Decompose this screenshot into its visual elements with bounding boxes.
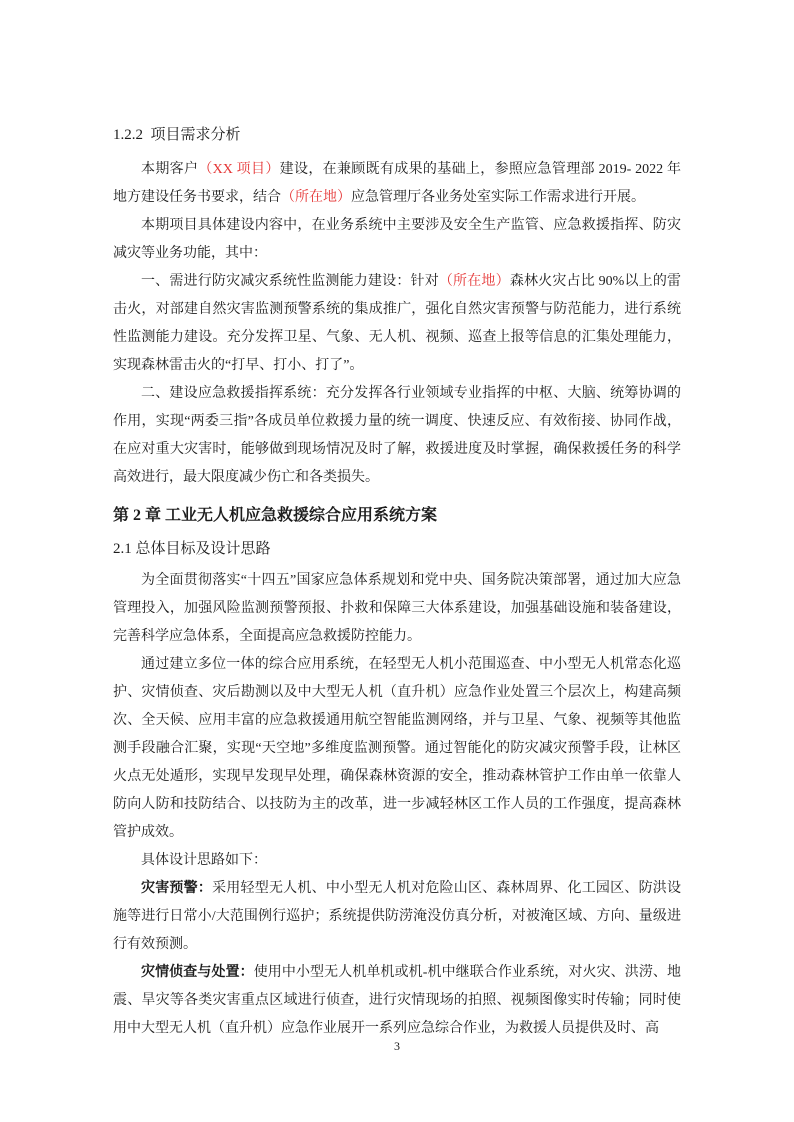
paragraph-overall-goal: 为全面贯彻落实“十四五”国家应急体系规划和党中央、国务院决策部署，通过加大应急管… — [113, 567, 681, 651]
document-page: 1.2.2 项目需求分析 本期客户（XX 项目）建设，在兼顾既有成果的基础上，参… — [0, 0, 794, 1122]
paragraph-disaster-investigation: 灾情侦查与处置：使用中小型无人机单机或机-机中继联合作业系统，对火灾、洪涝、地震… — [113, 959, 681, 1043]
placeholder-location: （所在地） — [439, 274, 510, 289]
placeholder-location: （所在地） — [281, 190, 351, 205]
bold-lead-disaster-investigation: 灾情侦查与处置： — [141, 965, 254, 980]
text-run: 一、需进行防灾减灾系统性监测能力建设：针对 — [141, 274, 439, 289]
paragraph-item-1-monitoring: 一、需进行防灾减灾系统性监测能力建设：针对（所在地）森林火灾占比 90%以上的雷… — [113, 268, 681, 380]
heading-2-1-goals-design: 2.1 总体目标及设计思路 — [113, 534, 681, 564]
paragraph-integrated-system: 通过建立多位一体的综合应用系统，在轻型无人机小范围巡查、中小型无人机常态化巡护、… — [113, 651, 681, 847]
page-number: 3 — [0, 1039, 794, 1054]
document-body: 1.2.2 项目需求分析 本期客户（XX 项目）建设，在兼顾既有成果的基础上，参… — [113, 121, 681, 1043]
paragraph-customer-project: 本期客户（XX 项目）建设，在兼顾既有成果的基础上，参照应急管理部 2019- … — [113, 156, 681, 212]
bold-lead-disaster-warning: 灾害预警： — [141, 881, 212, 896]
paragraph-design-intro: 具体设计思路如下： — [113, 847, 681, 875]
text-run: 本期客户 — [141, 162, 198, 177]
text-run: 应急管理厅各业务处室实际工作需求进行开展。 — [351, 190, 645, 205]
heading-1-2-2-project-requirements: 1.2.2 项目需求分析 — [113, 121, 681, 149]
paragraph-item-2-rescue-command: 二、建设应急救援指挥系统：充分发挥各行业领域专业指挥的中枢、大脑、统筹协调的作用… — [113, 380, 681, 492]
paragraph-disaster-warning: 灾害预警：采用轻型无人机、中小型无人机对危险山区、森林周界、化工园区、防洪设施等… — [113, 875, 681, 959]
placeholder-xx-project: （XX 项目） — [198, 162, 279, 177]
heading-chapter-2: 第 2 章 工业无人机应急救援综合应用系统方案 — [113, 501, 681, 531]
paragraph-project-scope: 本期项目具体建设内容中，在业务系统中主要涉及安全生产监管、应急救援指挥、防灾减灾… — [113, 212, 681, 268]
